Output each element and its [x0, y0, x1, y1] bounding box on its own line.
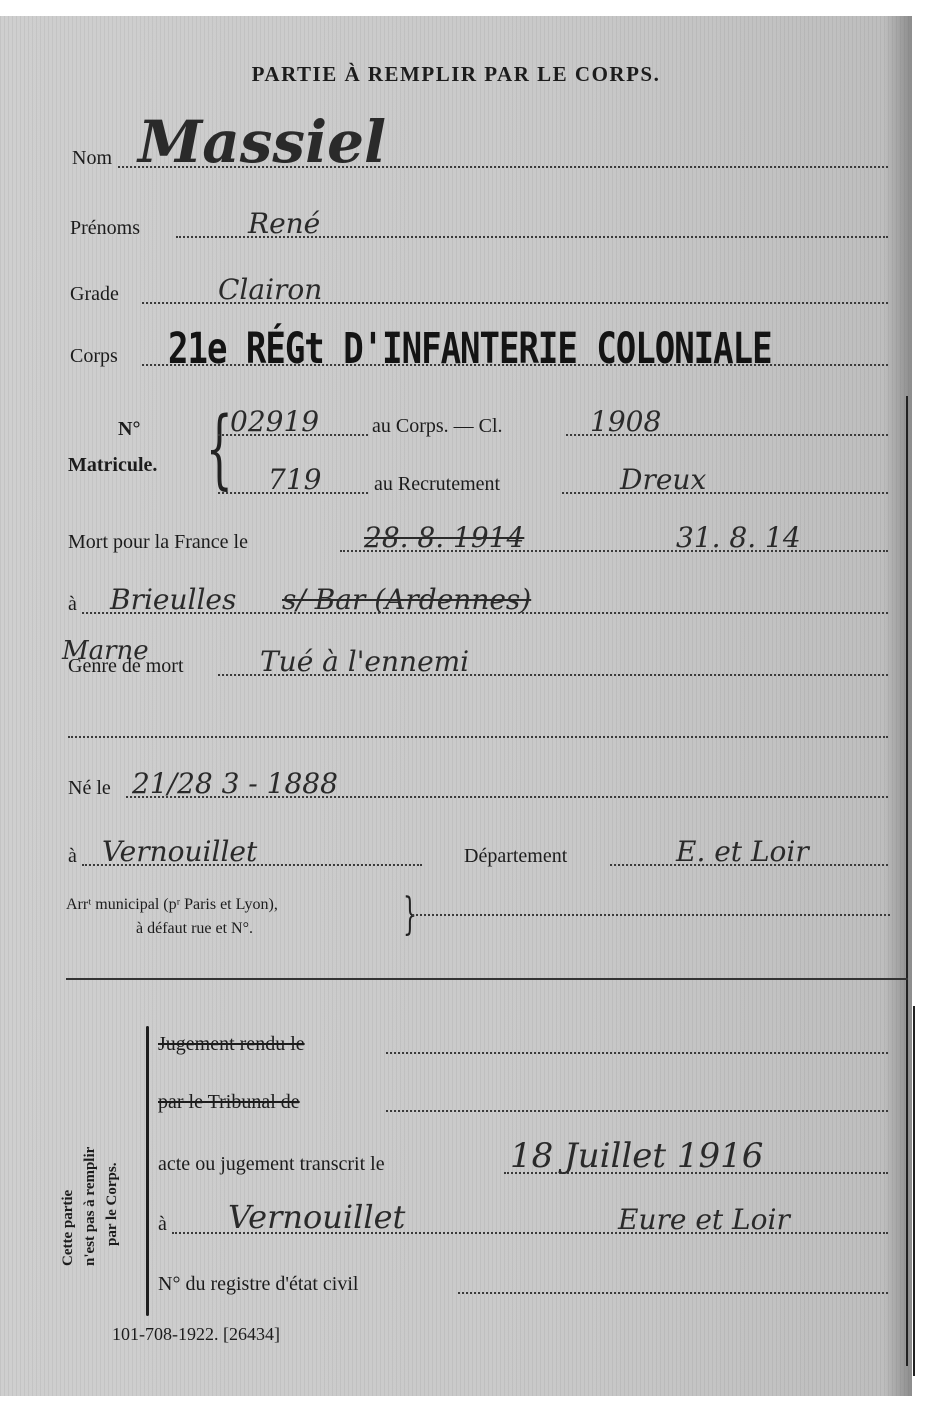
jugement-rendu-dotted-line	[386, 1052, 888, 1054]
field-jugement-rendu: Jugement rendu le	[158, 1022, 892, 1062]
field-nom: Nom Massiel	[68, 136, 892, 176]
lieu-transcription-value: Vernouillet	[228, 1198, 405, 1236]
matricule-recrutement-line: 719 au Recrutement Dreux	[218, 462, 892, 502]
genre-de-mort-value: Tué à l'ennemi	[260, 645, 469, 678]
form-title: PARTIE À REMPLIR PAR LE CORPS.	[0, 62, 912, 87]
prenoms-value: René	[248, 207, 320, 240]
lieu-deces-label: à	[68, 593, 77, 616]
death-record-card: PARTIE À REMPLIR PAR LE CORPS. Nom Massi…	[0, 16, 912, 1396]
corps-label: Corps	[70, 345, 118, 368]
side-note-line2: n'est pas à remplir	[82, 1147, 99, 1266]
corps-stamp-value: 21e RÉGt D'INFANTERIE COLONIALE	[168, 324, 772, 374]
matricule-recrutement-place: Dreux	[620, 463, 706, 496]
field-genre-de-mort: Marne Genre de mort Tué à l'ennemi	[68, 644, 892, 684]
field-tribunal: par le Tribunal de	[158, 1080, 892, 1120]
field-corps: Corps 21e RÉGt D'INFANTERIE COLONIALE	[68, 334, 892, 374]
side-note: Cette partie n'est pas à remplir par le …	[56, 1066, 156, 1266]
matricule-corps-label: au Corps. — Cl.	[372, 415, 503, 438]
tribunal-label: par le Tribunal de	[158, 1091, 300, 1114]
nom-label: Nom	[72, 147, 112, 170]
matricule-corps-number: 02919	[230, 405, 319, 438]
matricule-corps-line: 02919 au Corps. — Cl. 1908	[218, 404, 892, 444]
field-mort-pour-la-france: Mort pour la France le 28. 8. 1914 31. 8…	[68, 520, 892, 560]
side-note-line3: par le Corps.	[104, 1163, 121, 1246]
registre-label: N° du registre d'état civil	[158, 1273, 358, 1296]
matricule-classe: 1908	[590, 405, 661, 438]
blank-line	[68, 706, 892, 746]
tribunal-dotted-line	[386, 1110, 888, 1112]
blank-dotted-line	[68, 736, 888, 738]
prenoms-label: Prénoms	[70, 217, 140, 240]
arrondissement-dotted-line	[412, 914, 890, 916]
matricule-recrutement-place-dots	[562, 492, 888, 494]
matricule-label-no: N°	[118, 418, 140, 441]
registre-dotted-line	[458, 1292, 888, 1294]
nom-value: Massiel	[138, 108, 386, 176]
field-ne-le: Né le 21/28 3 - 1888	[68, 766, 892, 806]
matricule-label: Matricule.	[68, 454, 157, 477]
field-lieu-transcription: à Vernouillet Eure et Loir	[158, 1202, 892, 1242]
section-separator	[66, 978, 908, 980]
right-border-line	[906, 396, 908, 1366]
lieu-deces-struck: s/ Bar (Ardennes)	[282, 583, 531, 616]
transcrit-label: acte ou jugement transcrit le	[158, 1153, 385, 1176]
jugement-rendu-label: Jugement rendu le	[158, 1033, 305, 1056]
arrondissement-label-line1: Arrᵗ municipal (pʳ Paris et Lyon),	[66, 896, 278, 914]
lieu-transcription-dept: Eure et Loir	[618, 1203, 790, 1236]
field-prenoms: Prénoms René	[68, 206, 892, 246]
lieu-naissance-label: à	[68, 845, 77, 868]
field-transcrit: acte ou jugement transcrit le 18 Juillet…	[158, 1142, 892, 1182]
side-note-line1: Cette partie	[60, 1190, 77, 1266]
side-note-brace	[146, 1026, 149, 1316]
mort-label: Mort pour la France le	[68, 531, 248, 554]
grade-value: Clairon	[218, 273, 322, 306]
lieu-transcription-label: à	[158, 1213, 167, 1236]
right-border-line-lower	[913, 1006, 915, 1376]
genre-de-mort-label: Genre de mort	[68, 655, 184, 678]
transcrit-value: 18 Juillet 1916	[510, 1136, 763, 1176]
departement-label: Département	[464, 845, 567, 868]
field-grade: Grade Clairon	[68, 272, 892, 312]
ne-le-label: Né le	[68, 777, 111, 800]
print-reference: 101-708-1922. [26434]	[112, 1324, 280, 1345]
lieu-deces-value: Brieulles	[110, 583, 236, 616]
matricule-recrutement-label: au Recrutement	[374, 473, 500, 496]
grade-label: Grade	[70, 283, 119, 306]
mort-date-struck: 28. 8. 1914	[364, 521, 524, 554]
departement-value: E. et Loir	[676, 835, 809, 868]
arrondissement-label-line2: à défaut rue et N°.	[136, 920, 253, 938]
ne-le-value: 21/28 3 - 1888	[132, 767, 338, 800]
mort-date: 31. 8. 14	[676, 521, 801, 554]
field-lieu-naissance: à Vernouillet Département E. et Loir	[68, 834, 892, 874]
field-registre: N° du registre d'état civil	[158, 1262, 892, 1302]
matricule-recrutement-number: 719	[268, 463, 321, 496]
lieu-naissance-value: Vernouillet	[102, 835, 257, 868]
field-lieu-deces: à Brieulles s/ Bar (Ardennes)	[68, 582, 892, 622]
